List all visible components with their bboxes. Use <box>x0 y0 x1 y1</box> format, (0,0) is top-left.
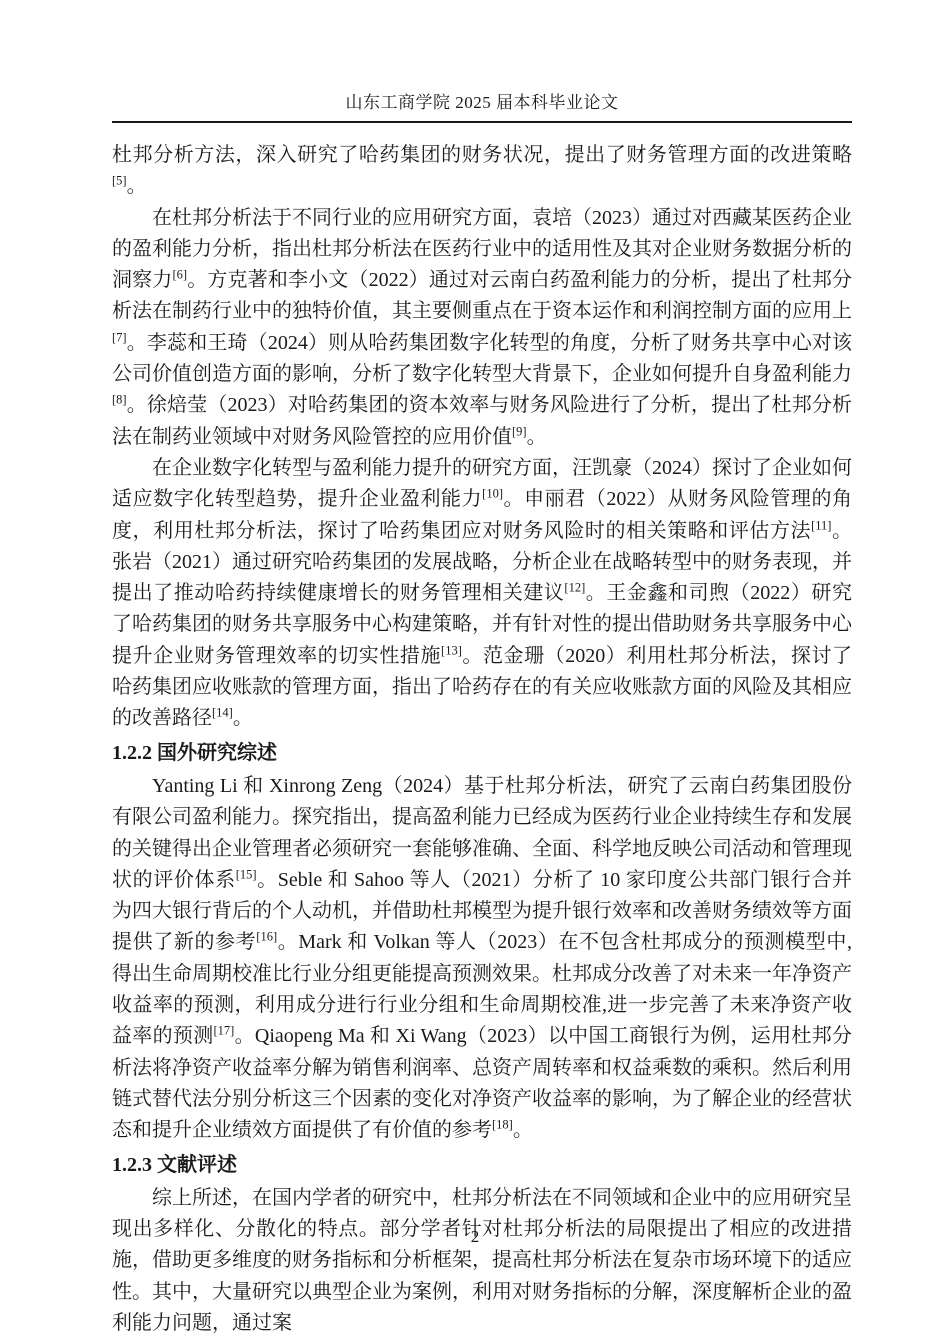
paragraph: 杜邦分析方法，深入研究了哈药集团的财务状况，提出了财务管理方面的改进策略[5]。 <box>112 140 852 203</box>
citation-ref: [16] <box>256 930 277 944</box>
section-heading: 1.2.3 文献评述 <box>112 1150 852 1181</box>
citation-ref: [5] <box>112 174 127 188</box>
citation-ref: [18] <box>492 1118 513 1132</box>
citation-ref: [8] <box>112 393 127 407</box>
citation-ref: [7] <box>112 330 127 344</box>
paragraph: 在杜邦分析法于不同行业的应用研究方面，袁培（2023）通过对西藏某医药企业的盈利… <box>112 203 852 453</box>
thesis-page: 山东工商学院 2025 届本科毕业论文 杜邦分析方法，深入研究了哈药集团的财务状… <box>0 0 950 1344</box>
citation-ref: [12] <box>564 581 585 595</box>
page-number: 2 <box>0 1226 950 1248</box>
citation-ref: [13] <box>441 643 462 657</box>
citation-ref: [9] <box>512 424 527 438</box>
citation-ref: [10] <box>482 487 503 501</box>
paragraph: 综上所述，在国内学者的研究中，杜邦分析法在不同领域和企业中的应用研究呈现出多样化… <box>112 1183 852 1339</box>
citation-ref: [6] <box>172 268 187 282</box>
running-header: 山东工商学院 2025 届本科毕业论文 <box>112 92 852 123</box>
citation-ref: [15] <box>236 867 257 881</box>
citation-ref: [14] <box>212 706 233 720</box>
citation-ref: [11] <box>811 518 831 532</box>
paragraph: Yanting Li 和 Xinrong Zeng（2024）基于杜邦分析法，研… <box>112 771 852 1147</box>
paragraph: 在企业数字化转型与盈利能力提升的研究方面，汪凯豪（2024）探讨了企业如何适应数… <box>112 453 852 735</box>
section-heading: 1.2.2 国外研究综述 <box>112 738 852 769</box>
citation-ref: [17] <box>214 1024 235 1038</box>
document-body: 杜邦分析方法，深入研究了哈药集团的财务状况，提出了财务管理方面的改进策略[5]。… <box>112 140 852 1339</box>
